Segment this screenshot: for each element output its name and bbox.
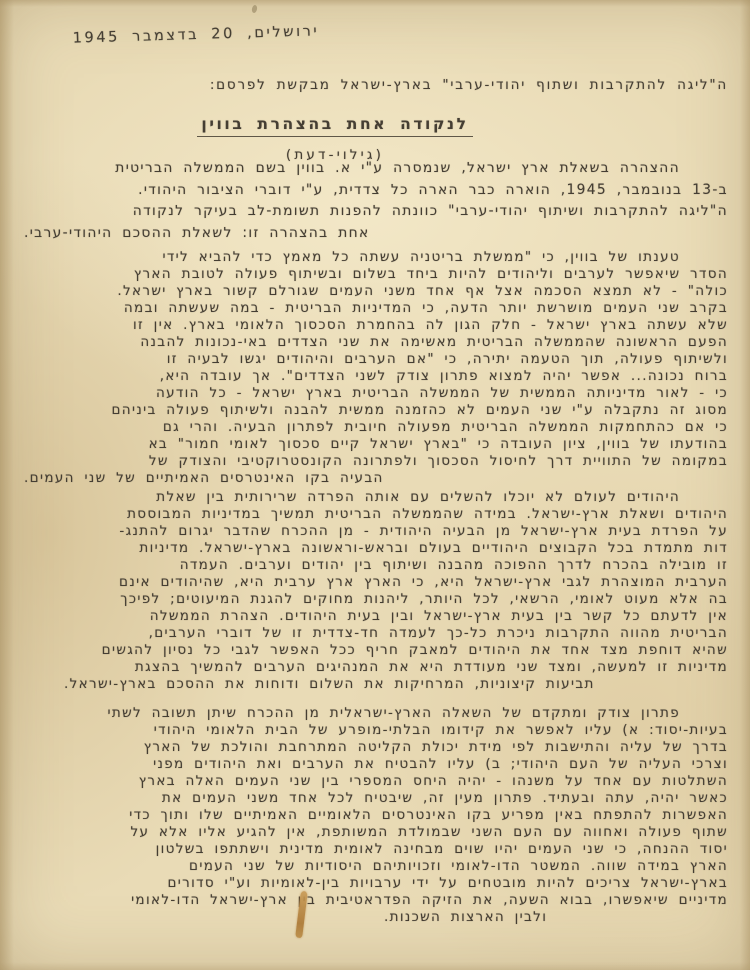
text-line: דות מתמדת בכל הקבוצים היהודיים בעולם ובר… [22,540,728,557]
dateline: ירושלים, 20 בדצמבר 1945 [58,23,334,47]
document-page: ירושלים, 20 בדצמבר 1945 ה"ליגה להתקרבות … [0,0,750,970]
ink-speck [251,5,258,14]
document-title-text: לנקודה אחת בהצהרת בווין [197,115,472,137]
text-line: הארץ במידה שווה. המשטר הדו-לאומי וזכויות… [22,858,728,875]
text-line: השתלטות עם אחד על משנהו - יהיה היחס המספ… [22,773,728,790]
text-line: ולבין הארצות השכנות. [22,909,728,926]
publisher-line: ה"ליגה להתקרבות ושתוף יהודי-ערבי" בארץ-י… [22,77,728,93]
text-line: ולשיתוף פעולה, תוך הטעמה יתירה, כי "אם ה… [22,351,728,368]
text-line: ברוח נכונה... אפשר יהיה למצוא פתרון צודק… [22,368,728,385]
text-line: מדיניים שיאפשרו, בבוא השעה, את הזיקה הפד… [22,892,728,909]
text-line: היהודים לעולם לא יוכלו להשלים עם אותה הפ… [22,489,728,506]
text-line: יסוד ההנחה, כי שני העמים יהיו שוים מבחינ… [22,841,728,858]
text-line: הפעם הראשונה שהממשלה הבריטית מאשימה את ש… [22,334,728,351]
text-line: כי - לאור מדיניותה הממשית של הממשלה הברי… [22,385,728,402]
text-line: מדיניות זו למעשה, ומצד שני מעודדת היא את… [22,659,728,676]
text-line: היהודים ושאלת ארץ-ישראל. במידה שהממשלה ה… [22,506,728,523]
text-line: בהודעתו של בווין, ציון העובדה כי "בארץ י… [22,436,728,453]
document-title: לנקודה אחת בהצהרת בווין [0,114,670,137]
text-line: הסדר שיאפשר לערבים וליהודים להיות ביחד ב… [22,266,728,283]
text-line: טענתו של בווין, כי "ממשלת בריטניה עשתה כ… [22,249,728,266]
text-line: בעיות-יסוד: א) עליו לאפשר את קידומו הבלת… [22,722,728,739]
text-line: פתרון צודק ומתקדם של השאלה הארץ-ישראלית … [22,705,728,722]
text-line: כי אם כהתחמקות הממשלה הבריטית מפעולה חיו… [22,419,728,436]
text-line: תביעות קיצוניות, המרחיקות את השלום ודוחו… [22,676,728,693]
text-line: ההצהרה בשאלת ארץ ישראל, שנמסרה ע"י א. בו… [22,158,728,180]
text-line: שהיא דוחפת מצד אחד את היהודים למאבק חריף… [22,642,728,659]
text-line: שלא עשתה בארץ ישראל - חלק הגון לה בהחמרת… [22,317,728,334]
text-line: בה אלא מעוט לאומי, הרשאי, לכל היותר, ליה… [22,591,728,608]
paragraph: ההצהרה בשאלת ארץ ישראל, שנמסרה ע"י א. בו… [22,158,728,244]
text-line: מסוג זה נתקבלה ע"י שני העמים לא כהזמנה מ… [22,402,728,419]
text-line: האפשרות להתפתח באין מפריע בקו האינטרסים … [22,807,728,824]
text-line: הבעיה בקו האינטרסים האמיתיים של שני העמי… [22,470,728,487]
text-line: כולה" - לא תמצא הסכמה אצל אף אחד משני הע… [22,283,728,300]
text-line: על הפרדת בעית ארץ-ישראל מן הבעיה היהודית… [22,523,728,540]
text-line: אין לדעתם כל קשר בין בעית ארץ-ישראל ובין… [22,608,728,625]
text-line: זו מובילה בהכרח לדרך ההפוכה מהבנה ושיתוף… [22,557,728,574]
text-line: ב-13 בנובמבר, 1945, הוארה כבר הארה כל צד… [22,180,728,202]
text-line: בארץ-ישראל צריכים להיות מובטחים על ידי ע… [22,875,728,892]
text-line: בדרך של עליה והתישבות לפי מידת יכולת הקל… [22,739,728,756]
paragraph: היהודים לעולם לא יוכלו להשלים עם אותה הפ… [22,489,728,693]
text-line: הערבית המוצהרת לגבי ארץ-ישראל היא, כי הא… [22,574,728,591]
text-line: במקומה של התוויית דרך לחיסול הסכסוך ולפת… [22,453,728,470]
text-line: שתוף פעולה ואחווה עם העם השני שבמולדת המ… [22,824,728,841]
text-line: וצרכי העליה של העם היהודי; ב) עליו להבטי… [22,756,728,773]
text-line: בקרב שני העמים מושרשת יותר הדעה, כי המדי… [22,300,728,317]
text-line: הבריטית מהווה התקרבות ניכרת כל-כך לעמדה … [22,625,728,642]
text-line: ה"ליגה להתקרבות ושיתוף יהודי-ערבי" כוונת… [22,201,728,223]
paragraph: פתרון צודק ומתקדם של השאלה הארץ-ישראלית … [22,705,728,926]
paragraph: טענתו של בווין, כי "ממשלת בריטניה עשתה כ… [22,249,728,487]
text-line: אחת בהצהרה זו: לשאלת ההסכם היהודי-ערבי. [22,223,728,245]
text-line: כאשר יהיה, עתה ובעתיד. פתרון מעין זה, שי… [22,790,728,807]
